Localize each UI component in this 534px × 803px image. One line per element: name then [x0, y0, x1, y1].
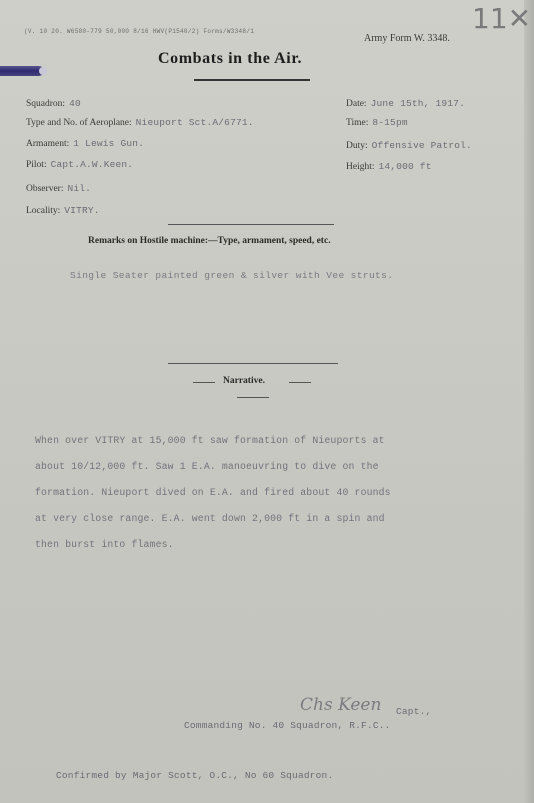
field-locality: Locality: VITRY.	[26, 200, 100, 218]
remarks-text: Single Seater painted green & silver wit…	[70, 270, 393, 281]
narrative-line: formation. Nieuport dived on E.A. and fi…	[35, 480, 391, 506]
paper-edge	[524, 0, 534, 803]
narrative-line: at very close range. E.A. went down 2,00…	[35, 506, 391, 532]
page-title: Combats in the Air.	[158, 50, 302, 68]
field-observer: Observer: Nil.	[26, 178, 91, 196]
narrative-heading: Narrative.	[223, 376, 265, 386]
field-height: Height: 14,000 ft	[346, 156, 432, 174]
remarks-heading: Remarks on Hostile machine:—Type, armame…	[88, 236, 331, 246]
field-pilot: Pilot: Capt.A.W.Keen.	[26, 154, 133, 172]
narrative-line: then burst into flames.	[35, 532, 391, 558]
field-squadron: Squadron: 40	[26, 93, 81, 111]
narrative-dash-right	[289, 382, 311, 383]
field-duty: Duty: Offensive Patrol.	[346, 135, 472, 153]
form-number: Army Form W. 3348.	[364, 33, 450, 44]
title-underline	[194, 79, 310, 81]
confirmation-text: Confirmed by Major Scott, O.C., No 60 Sq…	[56, 770, 333, 781]
field-time: Time: 8-15pm	[346, 112, 408, 130]
field-date: Date: June 15th, 1917.	[346, 93, 465, 111]
signature: Chs Keen	[300, 695, 381, 715]
field-aeroplane: Type and No. of Aeroplane: Nieuport Sct.…	[26, 112, 254, 130]
signature-rank: Capt.,	[396, 706, 431, 717]
narrative-text: When over VITRY at 15,000 ft saw formati…	[35, 428, 391, 558]
pencil-mark: 11✕	[472, 2, 531, 35]
narrative-line: about 10/12,000 ft. Saw 1 E.A. manoeuvri…	[35, 454, 391, 480]
treasury-tag	[0, 66, 44, 76]
print-code: (V. 10 20. W6580-779 50,000 8/16 HWV(P15…	[24, 28, 254, 35]
divider	[168, 363, 338, 364]
field-armament: Armament: 1 Lewis Gun.	[26, 133, 144, 151]
signature-line: Commanding No. 40 Squadron, R.F.C..	[184, 720, 391, 731]
narrative-dash-left	[193, 382, 215, 383]
narrative-underline	[237, 397, 269, 398]
divider	[168, 224, 334, 225]
narrative-line: When over VITRY at 15,000 ft saw formati…	[35, 428, 391, 454]
